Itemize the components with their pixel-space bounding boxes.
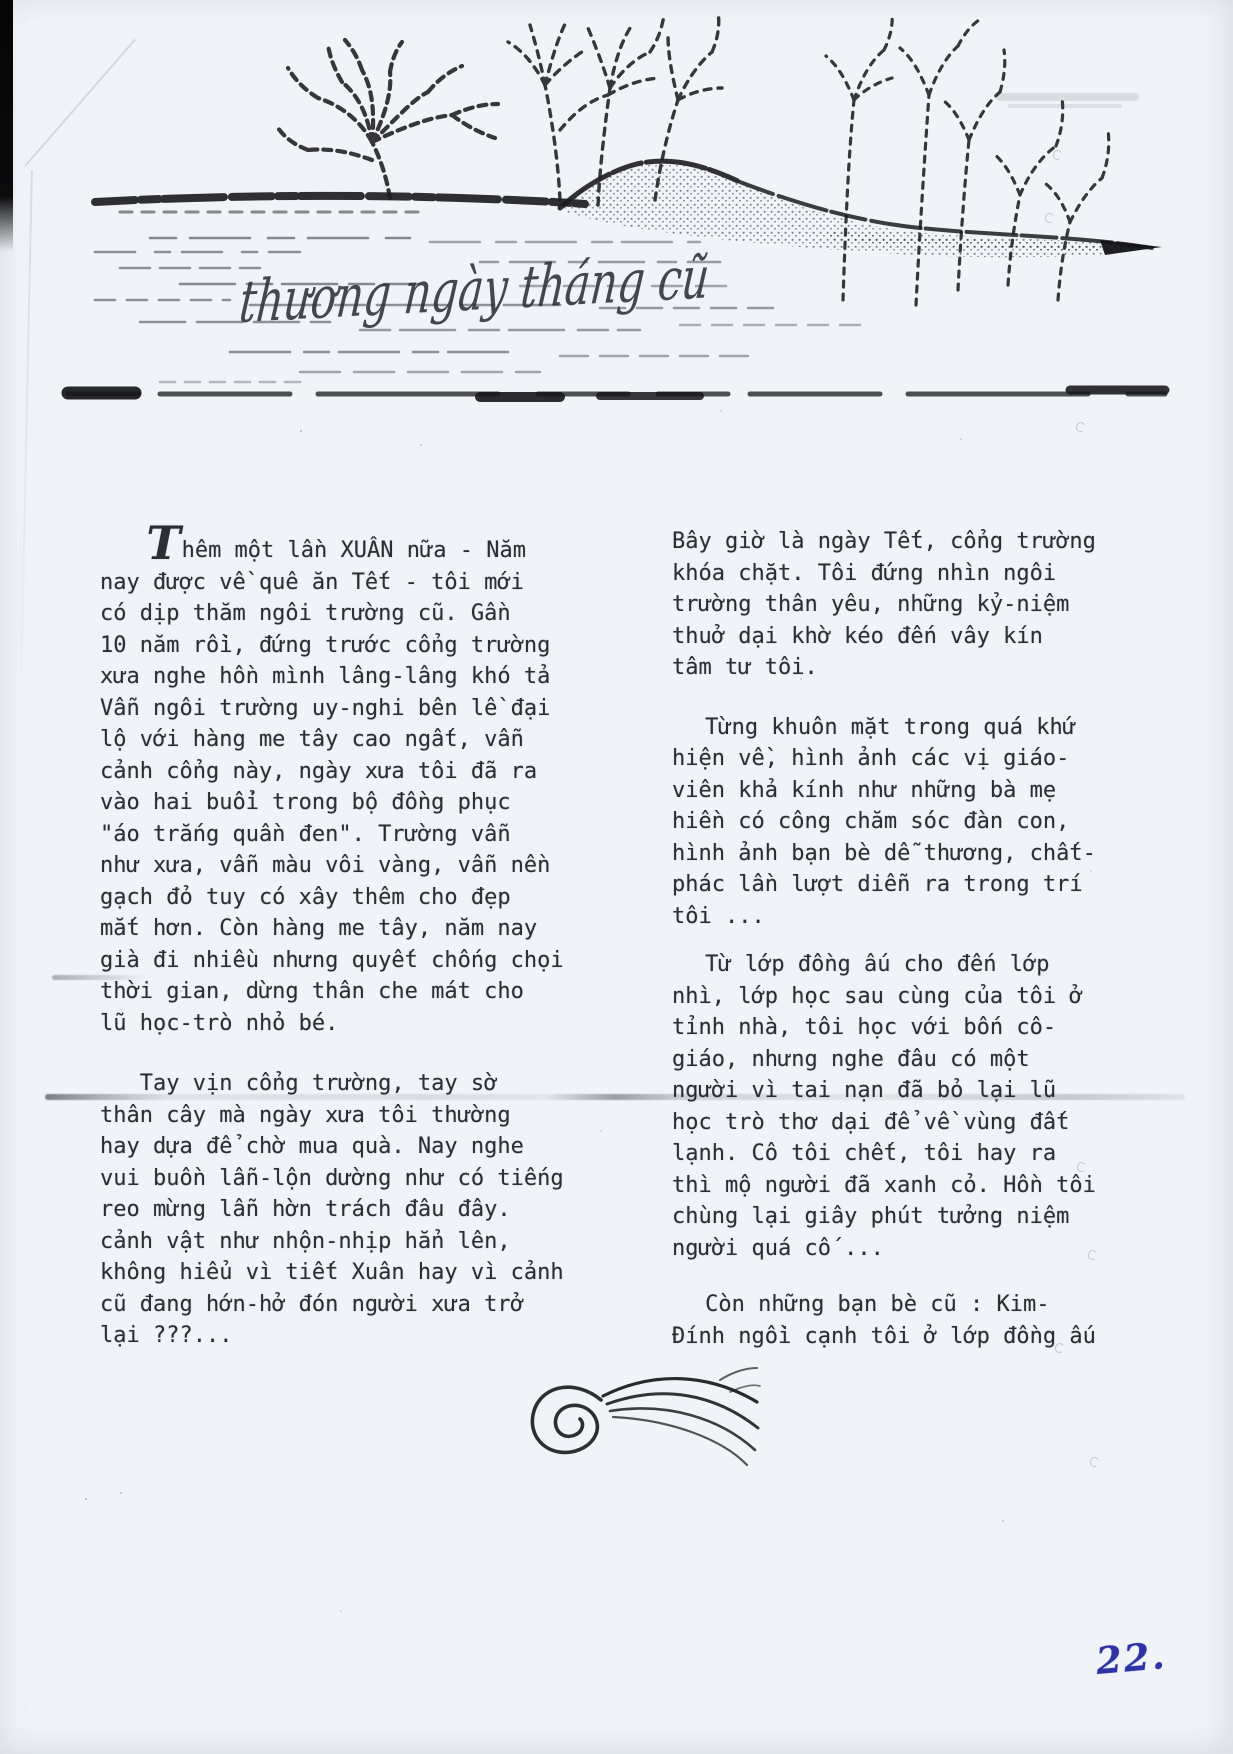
paragraph-text: Tay vịn cổng trường, tay sờ thân cây mà … <box>100 1071 564 1348</box>
right-column: Bây giờ là ngày Tết, cổng trường khóa ch… <box>672 526 1150 1352</box>
drop-cap-letter: T <box>146 516 178 570</box>
scan-speck <box>1089 1456 1100 1468</box>
paragraph: Tay vịn cổng trường, tay sờ thân cây mà … <box>100 1068 592 1352</box>
left-column: Thêm một lần XUÂN nữa - Năm nay được về … <box>100 526 592 1352</box>
title-group: thương ngày tháng cũ <box>237 243 712 336</box>
paragraph: Thêm một lần XUÂN nữa - Năm nay được về … <box>100 526 592 1039</box>
paragraph: Từ lớp đồng ấu cho đến lớp nhì, lớp học … <box>672 949 1150 1264</box>
page-number: 22. <box>1094 1633 1168 1683</box>
tree-right-cluster <box>826 14 1109 305</box>
tree-left-bush <box>278 40 498 198</box>
paragraph: Từng khuôn mặt trong quá khứ hiện về, hì… <box>672 712 1150 933</box>
swirl-ornament <box>505 1362 765 1474</box>
paragraph: Bây giờ là ngày Tết, cổng trường khóa ch… <box>672 526 1150 684</box>
ground-line <box>95 196 585 212</box>
scan-streak <box>52 975 147 980</box>
pencil-smudge <box>1000 97 1135 106</box>
scanned-page: thương ngày tháng cũ Thêm một lần XUÂN n… <box>0 0 1233 1754</box>
paragraph-text: Từ lớp đồng ấu cho đến lớp nhì, lớp học … <box>672 952 1096 1261</box>
page-title: thương ngày tháng cũ <box>237 243 712 336</box>
paragraph-text: hêm một lần XUÂN nữa - Năm nay được về q… <box>100 538 564 1036</box>
paragraph-text: Còn những bạn bè cũ : Kim- Đính ngồi cạn… <box>672 1292 1096 1349</box>
scan-streak <box>45 1094 1185 1100</box>
paragraph: Còn những bạn bè cũ : Kim- Đính ngồi cạn… <box>672 1289 1150 1352</box>
paragraph-text: Bây giờ là ngày Tết, cổng trường khóa ch… <box>672 529 1096 680</box>
scan-noise <box>300 430 302 432</box>
heavy-water-line <box>68 390 1165 397</box>
paragraph-text: Từng khuôn mặt trong quá khứ hiện về, hì… <box>672 715 1096 929</box>
